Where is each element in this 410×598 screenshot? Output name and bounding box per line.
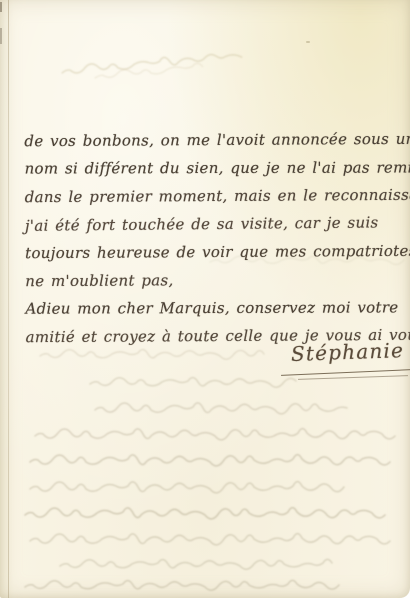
letter-line: j'ai été fort touchée de sa visite, car … [25,208,403,240]
bleedthrough-stroke [62,51,242,75]
bleedthrough-stroke [30,482,344,493]
letter-body: de vos bonbons, on me l'avoit annoncée s… [24,125,403,351]
bleedthrough-stroke [25,580,339,590]
letter-line: nom si différent du sien, que je ne l'ai… [25,154,403,183]
letter-line: de vos bonbons, on me l'avoit annoncée s… [24,125,402,155]
bleedthrough-stroke [30,455,390,466]
bleedthrough-stroke [35,429,395,440]
bleedthrough-stroke [90,378,296,388]
bleedthrough-stroke [25,508,385,519]
signature: Stéphanie [291,338,405,366]
letter-line: Adieu mon cher Marquis, conservez moi vo… [25,293,403,322]
letter-line: dans le premier moment, mais en le recon… [25,181,403,211]
letter-line: toujours heureuse de voir que mes compat… [25,237,403,267]
bleedthrough-stroke [60,559,332,569]
bleedthrough-stroke [40,350,264,360]
bleedthrough-stroke [95,403,347,414]
letter-line: ne m'oublient pas, [25,265,403,295]
bleedthrough-stroke [30,534,390,545]
letter-page: de vos bonbons, on me l'avoit annoncée s… [0,0,410,598]
